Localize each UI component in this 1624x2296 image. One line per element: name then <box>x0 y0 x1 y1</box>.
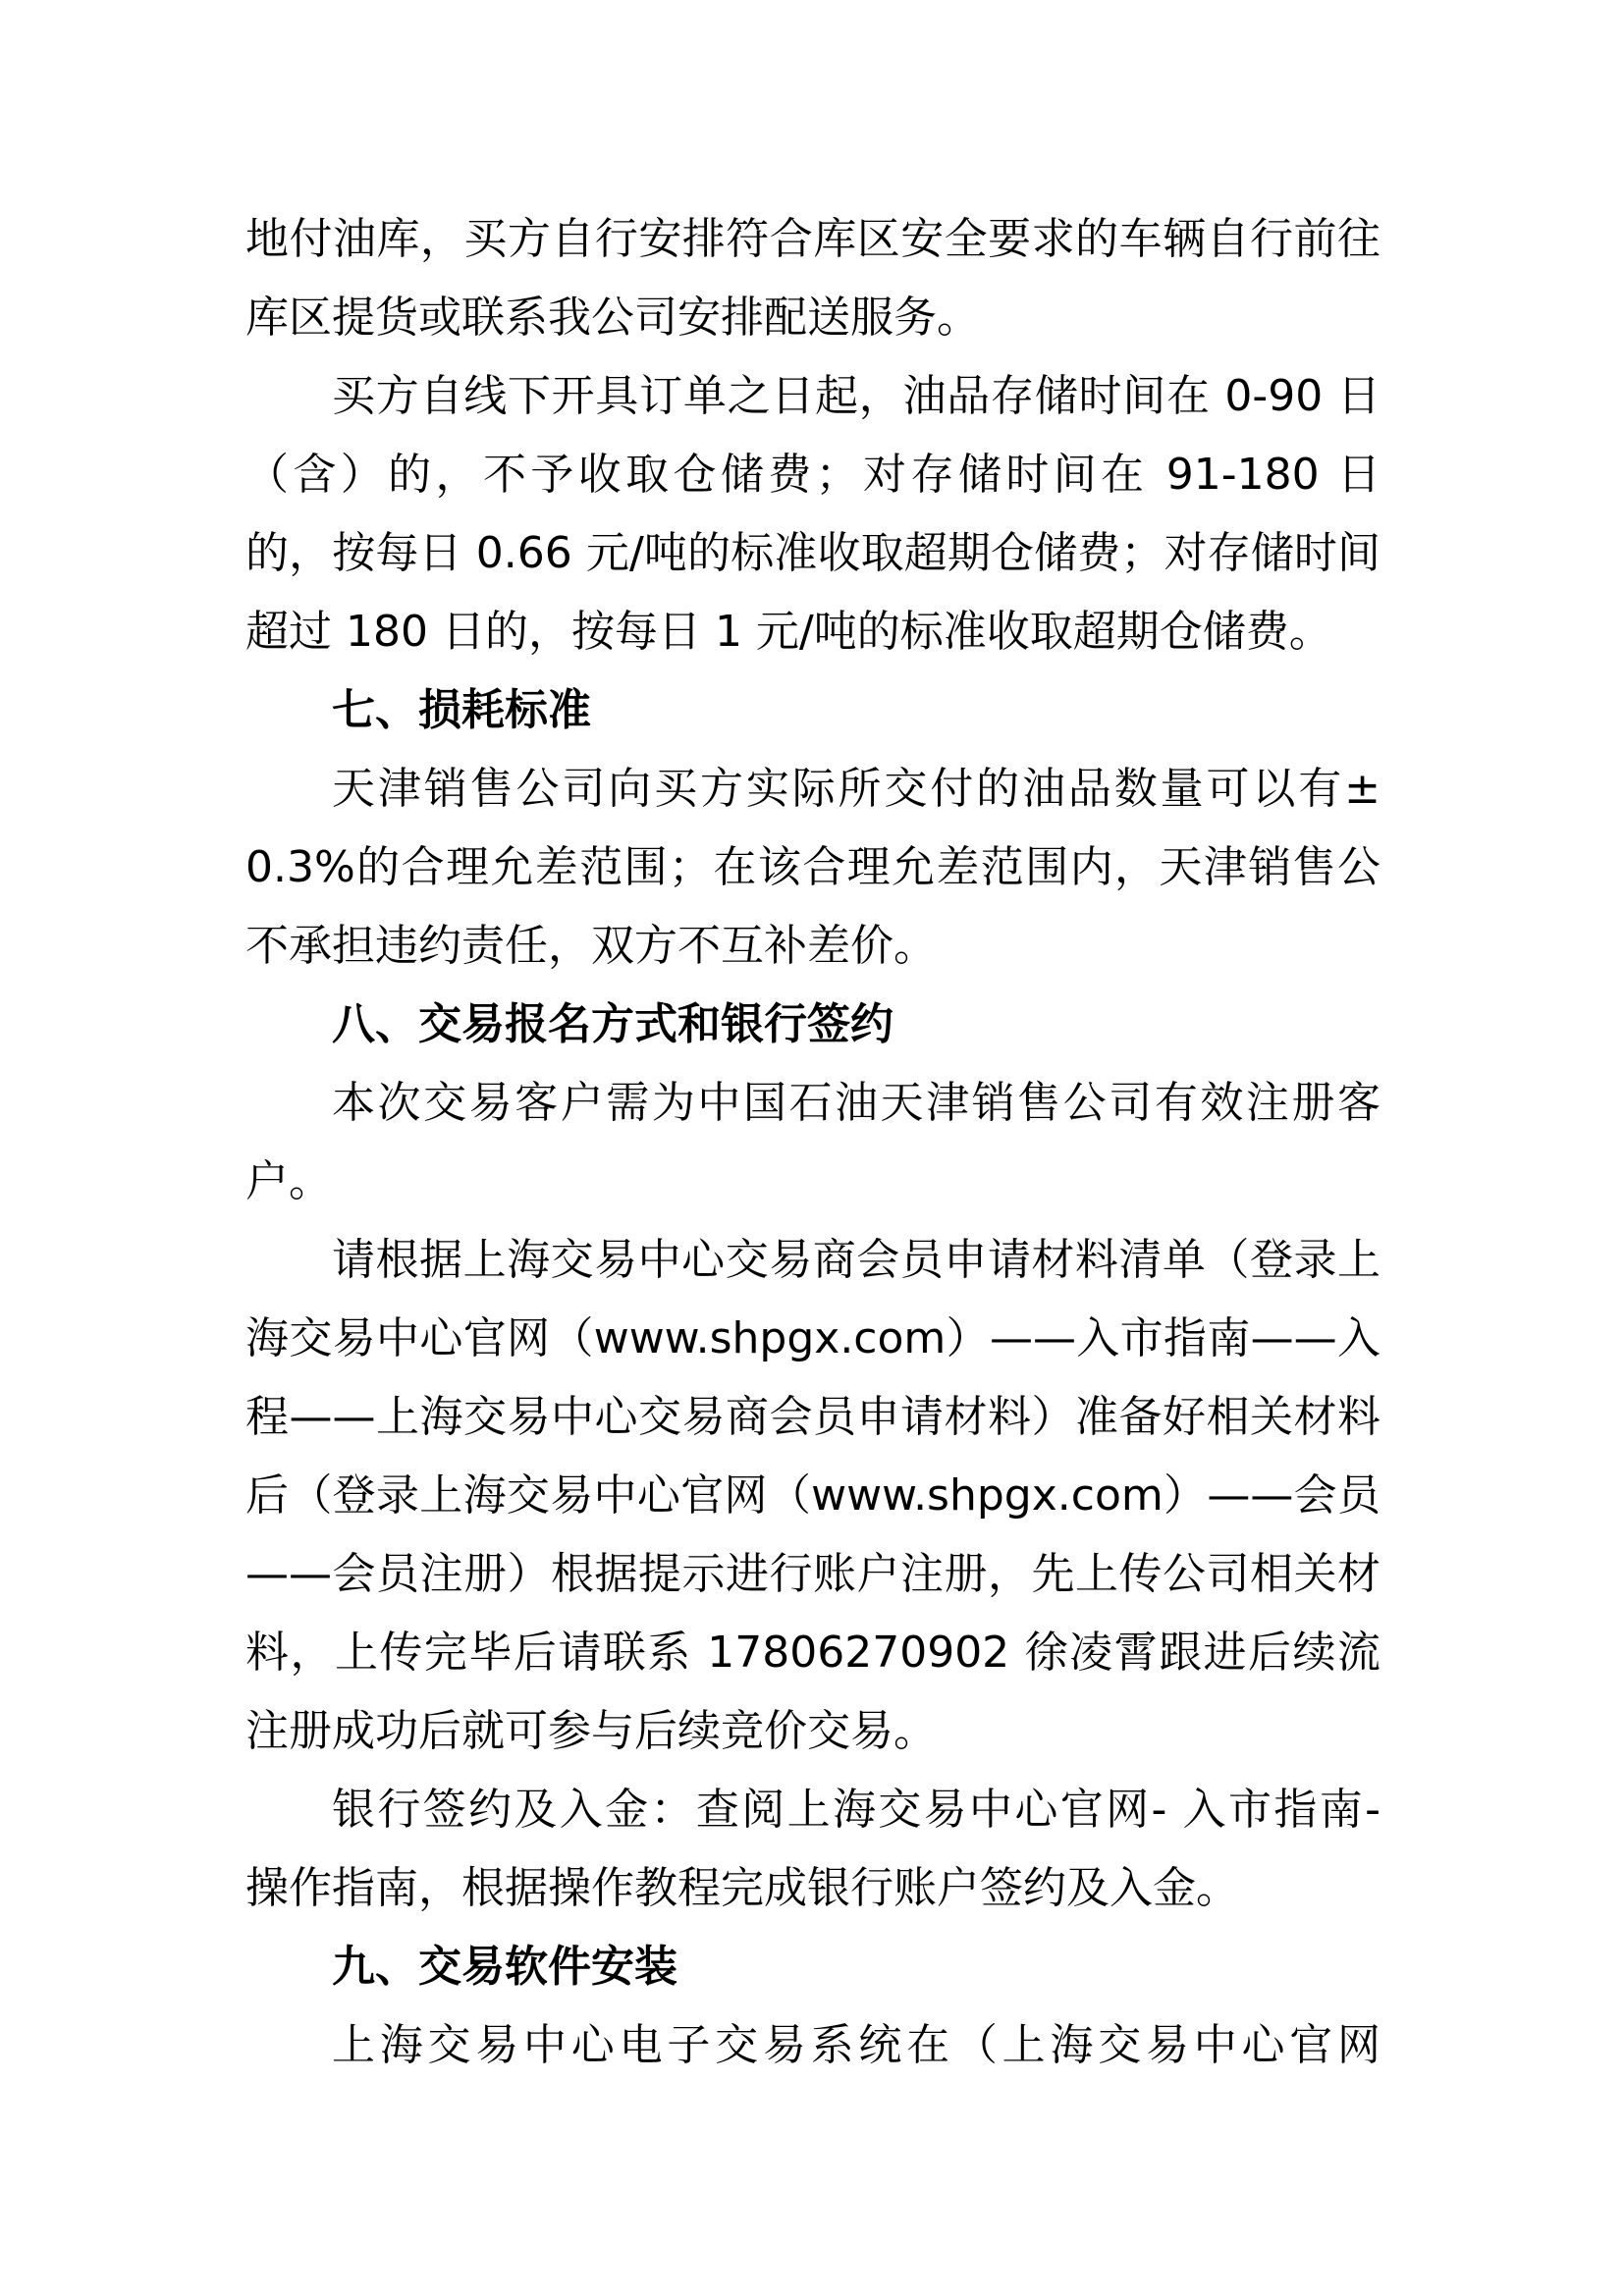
text-line: 0.3%的合理允差范围；在该合理允差范围内，天津销售公司 <box>245 828 1380 907</box>
text-line: 操作指南，根据操作教程完成银行账户签约及入金。 <box>245 1849 1380 1928</box>
text-line: 料，上传完毕后请联系 17806270902 徐凌霄跟进后续流程， <box>245 1614 1380 1692</box>
text-line: 超过 180 日的，按每日 1 元/吨的标准收取超期仓储费。 <box>245 593 1380 671</box>
section-heading: 八、交易报名方式和银行签约 <box>245 986 1380 1064</box>
text-line: 买方自线下开具订单之日起，油品存储时间在 0-90 日 <box>245 357 1380 436</box>
document-body: 地付油库，买方自行安排符合库区安全要求的车辆自行前往 库区提货或联系我公司安排配… <box>245 200 1380 2085</box>
text-line: 库区提货或联系我公司安排配送服务。 <box>245 279 1380 357</box>
text-line: 天津销售公司向买方实际所交付的油品数量可以有± <box>245 750 1380 828</box>
text-line: 户。 <box>245 1143 1380 1221</box>
text-line: 后（登录上海交易中心官网（www.shpgx.com）——会员中心 <box>245 1457 1380 1535</box>
text-line: ——会员注册）根据提示进行账户注册，先上传公司相关材 <box>245 1535 1380 1614</box>
text-line: 注册成功后就可参与后续竞价交易。 <box>245 1692 1380 1771</box>
text-line: 海交易中心官网（www.shpgx.com）——入市指南——入市流 <box>245 1300 1380 1378</box>
text-line: （含）的，不予收取仓储费；对存储时间在 91-180 日（含） <box>245 436 1380 514</box>
text-line: 银行签约及入金：查阅上海交易中心官网- 入市指南- <box>245 1771 1380 1849</box>
text-line: 请根据上海交易中心交易商会员申请材料清单（登录上 <box>245 1221 1380 1300</box>
text-line: 的，按每日 0.66 元/吨的标准收取超期仓储费；对存储时间 <box>245 514 1380 593</box>
text-line: 本次交易客户需为中国石油天津销售公司有效注册客 <box>245 1064 1380 1143</box>
section-heading: 九、交易软件安装 <box>245 1928 1380 2006</box>
text-line: 上海交易中心电子交易系统在（上海交易中心官网 <box>245 2006 1380 2085</box>
section-heading: 七、损耗标准 <box>245 671 1380 750</box>
text-line: 程——上海交易中心交易商会员申请材料）准备好相关材料 <box>245 1378 1380 1457</box>
document-page: 地付油库，买方自行安排符合库区安全要求的车辆自行前往 库区提货或联系我公司安排配… <box>0 0 1624 2296</box>
text-line: 不承担违约责任，双方不互补差价。 <box>245 907 1380 986</box>
text-line: 地付油库，买方自行安排符合库区安全要求的车辆自行前往 <box>245 200 1380 279</box>
